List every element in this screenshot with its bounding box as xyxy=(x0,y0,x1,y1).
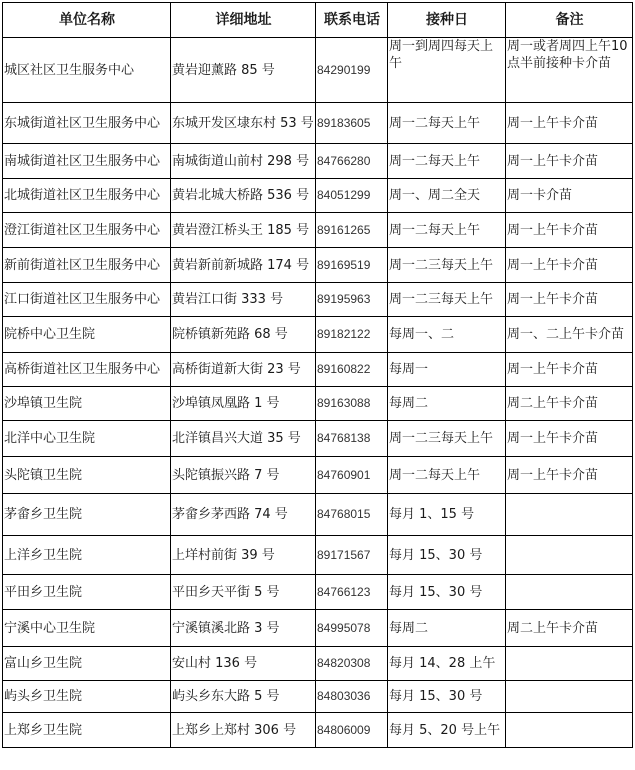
cell-phone: 84820308 xyxy=(316,647,388,681)
cell-notes: 周一卡介苗 xyxy=(506,179,633,213)
cell-notes: 周一上午卡介苗 xyxy=(506,144,633,179)
cell-vaccination-day: 周一二三每天上午 xyxy=(388,421,506,457)
cell-notes: 周一上午卡介苗 xyxy=(506,421,633,457)
cell-phone: 84768138 xyxy=(316,421,388,457)
table-row: 高桥街道社区卫生服务中心高桥街道新大街 23 号89160822每周一周一上午卡… xyxy=(3,353,633,387)
cell-vaccination-day: 周一二三每天上午 xyxy=(388,283,506,317)
cell-address: 上郑乡上郑村 306 号 xyxy=(171,713,316,748)
cell-unit-name: 北洋中心卫生院 xyxy=(3,421,171,457)
table-row: 澄江街道社区卫生服务中心黄岩澄江桥头王 185 号89161265周一二每天上午… xyxy=(3,213,633,248)
cell-notes: 周一上午卡介苗 xyxy=(506,248,633,283)
cell-vaccination-day: 周一二三每天上午 xyxy=(388,248,506,283)
cell-notes xyxy=(506,647,633,681)
cell-unit-name: 东城街道社区卫生服务中心 xyxy=(3,103,171,144)
table-row: 北洋中心卫生院北洋镇昌兴大道 35 号84768138周一二三每天上午周一上午卡… xyxy=(3,421,633,457)
cell-vaccination-day: 每月 5、20 号上午 xyxy=(388,713,506,748)
cell-notes: 周一上午卡介苗 xyxy=(506,353,633,387)
cell-vaccination-day: 每周二 xyxy=(388,610,506,647)
cell-phone: 84760901 xyxy=(316,457,388,494)
table-row: 城区社区卫生服务中心黄岩迎薰路 85 号84290199周一到周四每天上午周一或… xyxy=(3,38,633,103)
cell-phone: 84803036 xyxy=(316,681,388,713)
cell-phone: 89163088 xyxy=(316,387,388,421)
table-row: 富山乡卫生院安山村 136 号84820308每月 14、28 上午 xyxy=(3,647,633,681)
cell-phone: 89171567 xyxy=(316,536,388,575)
table-row: 宁溪中心卫生院宁溪镇溪北路 3 号84995078每周二周二上午卡介苗 xyxy=(3,610,633,647)
cell-vaccination-day: 每月 1、15 号 xyxy=(388,494,506,536)
cell-address: 茅畲乡茅西路 74 号 xyxy=(171,494,316,536)
cell-phone: 89160822 xyxy=(316,353,388,387)
cell-phone: 89182122 xyxy=(316,317,388,353)
cell-unit-name: 茅畲乡卫生院 xyxy=(3,494,171,536)
table-row: 平田乡卫生院平田乡天平街 5 号84766123每月 15、30 号 xyxy=(3,575,633,610)
cell-vaccination-day: 每周二 xyxy=(388,387,506,421)
header-notes: 备注 xyxy=(506,3,633,38)
cell-notes xyxy=(506,713,633,748)
cell-phone: 84806009 xyxy=(316,713,388,748)
cell-address: 安山村 136 号 xyxy=(171,647,316,681)
cell-address: 黄岩江口街 333 号 xyxy=(171,283,316,317)
cell-unit-name: 沙埠镇卫生院 xyxy=(3,387,171,421)
cell-vaccination-day: 周一二每天上午 xyxy=(388,103,506,144)
vaccination-sites-table: 单位名称 详细地址 联系电话 接种日 备注 城区社区卫生服务中心黄岩迎薰路 85… xyxy=(2,2,633,748)
cell-address: 上垟村前街 39 号 xyxy=(171,536,316,575)
header-unit-name: 单位名称 xyxy=(3,3,171,38)
cell-address: 平田乡天平街 5 号 xyxy=(171,575,316,610)
cell-unit-name: 北城街道社区卫生服务中心 xyxy=(3,179,171,213)
table-row: 东城街道社区卫生服务中心东城开发区埭东村 53 号89183605周一二每天上午… xyxy=(3,103,633,144)
table-row: 院桥中心卫生院院桥镇新苑路 68 号89182122每周一、二周一、二上午卡介苗 xyxy=(3,317,633,353)
cell-notes: 周一上午卡介苗 xyxy=(506,213,633,248)
cell-vaccination-day: 每月 14、28 上午 xyxy=(388,647,506,681)
cell-vaccination-day: 周一二每天上午 xyxy=(388,213,506,248)
cell-unit-name: 上郑乡卫生院 xyxy=(3,713,171,748)
cell-unit-name: 澄江街道社区卫生服务中心 xyxy=(3,213,171,248)
cell-unit-name: 南城街道社区卫生服务中心 xyxy=(3,144,171,179)
cell-address: 黄岩澄江桥头王 185 号 xyxy=(171,213,316,248)
cell-unit-name: 新前街道社区卫生服务中心 xyxy=(3,248,171,283)
table-row: 上洋乡卫生院上垟村前街 39 号89171567每月 15、30 号 xyxy=(3,536,633,575)
cell-notes: 周一上午卡介苗 xyxy=(506,103,633,144)
table-row: 上郑乡卫生院上郑乡上郑村 306 号84806009每月 5、20 号上午 xyxy=(3,713,633,748)
cell-address: 头陀镇振兴路 7 号 xyxy=(171,457,316,494)
cell-phone: 84766280 xyxy=(316,144,388,179)
table-row: 北城街道社区卫生服务中心黄岩北城大桥路 536 号84051299周一、周二全天… xyxy=(3,179,633,213)
header-row: 单位名称 详细地址 联系电话 接种日 备注 xyxy=(3,3,633,38)
cell-address: 北洋镇昌兴大道 35 号 xyxy=(171,421,316,457)
table-row: 头陀镇卫生院头陀镇振兴路 7 号84760901周一二每天上午周一上午卡介苗 xyxy=(3,457,633,494)
cell-unit-name: 富山乡卫生院 xyxy=(3,647,171,681)
cell-phone: 89183605 xyxy=(316,103,388,144)
cell-address: 院桥镇新苑路 68 号 xyxy=(171,317,316,353)
cell-phone: 84051299 xyxy=(316,179,388,213)
cell-unit-name: 院桥中心卫生院 xyxy=(3,317,171,353)
cell-unit-name: 头陀镇卫生院 xyxy=(3,457,171,494)
cell-vaccination-day: 每周一 xyxy=(388,353,506,387)
cell-address: 高桥街道新大街 23 号 xyxy=(171,353,316,387)
cell-address: 黄岩迎薰路 85 号 xyxy=(171,38,316,103)
cell-phone: 84290199 xyxy=(316,38,388,103)
header-address: 详细地址 xyxy=(171,3,316,38)
table-row: 江口街道社区卫生服务中心黄岩江口街 333 号89195963周一二三每天上午周… xyxy=(3,283,633,317)
cell-notes: 周二上午卡介苗 xyxy=(506,387,633,421)
cell-unit-name: 高桥街道社区卫生服务中心 xyxy=(3,353,171,387)
header-phone: 联系电话 xyxy=(316,3,388,38)
cell-vaccination-day: 周一二每天上午 xyxy=(388,144,506,179)
cell-address: 黄岩新前新城路 174 号 xyxy=(171,248,316,283)
cell-unit-name: 平田乡卫生院 xyxy=(3,575,171,610)
cell-phone: 84995078 xyxy=(316,610,388,647)
cell-notes xyxy=(506,494,633,536)
cell-address: 东城开发区埭东村 53 号 xyxy=(171,103,316,144)
cell-notes: 周一、二上午卡介苗 xyxy=(506,317,633,353)
cell-notes xyxy=(506,575,633,610)
cell-vaccination-day: 周一、周二全天 xyxy=(388,179,506,213)
table-row: 屿头乡卫生院屿头乡东大路 5 号84803036每月 15、30 号 xyxy=(3,681,633,713)
cell-address: 黄岩北城大桥路 536 号 xyxy=(171,179,316,213)
cell-address: 宁溪镇溪北路 3 号 xyxy=(171,610,316,647)
cell-notes xyxy=(506,681,633,713)
cell-unit-name: 屿头乡卫生院 xyxy=(3,681,171,713)
header-vaccination-day: 接种日 xyxy=(388,3,506,38)
cell-notes: 周一或者周四上午10 点半前接种卡介苗 xyxy=(506,38,633,103)
table-row: 茅畲乡卫生院茅畲乡茅西路 74 号84768015每月 1、15 号 xyxy=(3,494,633,536)
cell-vaccination-day: 每月 15、30 号 xyxy=(388,575,506,610)
cell-unit-name: 城区社区卫生服务中心 xyxy=(3,38,171,103)
cell-vaccination-day: 周一二每天上午 xyxy=(388,457,506,494)
cell-notes: 周一上午卡介苗 xyxy=(506,457,633,494)
cell-notes xyxy=(506,536,633,575)
table-row: 南城街道社区卫生服务中心南城街道山前村 298 号84766280周一二每天上午… xyxy=(3,144,633,179)
cell-unit-name: 江口街道社区卫生服务中心 xyxy=(3,283,171,317)
cell-unit-name: 宁溪中心卫生院 xyxy=(3,610,171,647)
cell-address: 屿头乡东大路 5 号 xyxy=(171,681,316,713)
cell-unit-name: 上洋乡卫生院 xyxy=(3,536,171,575)
cell-address: 南城街道山前村 298 号 xyxy=(171,144,316,179)
cell-phone: 89169519 xyxy=(316,248,388,283)
cell-vaccination-day: 每周一、二 xyxy=(388,317,506,353)
cell-phone: 84768015 xyxy=(316,494,388,536)
cell-notes: 周二上午卡介苗 xyxy=(506,610,633,647)
cell-phone: 84766123 xyxy=(316,575,388,610)
cell-vaccination-day: 每月 15、30 号 xyxy=(388,536,506,575)
cell-phone: 89195963 xyxy=(316,283,388,317)
cell-vaccination-day: 每月 15、30 号 xyxy=(388,681,506,713)
cell-address: 沙埠镇凤凰路 1 号 xyxy=(171,387,316,421)
cell-notes: 周一上午卡介苗 xyxy=(506,283,633,317)
table-row: 新前街道社区卫生服务中心黄岩新前新城路 174 号89169519周一二三每天上… xyxy=(3,248,633,283)
table-row: 沙埠镇卫生院沙埠镇凤凰路 1 号89163088每周二周二上午卡介苗 xyxy=(3,387,633,421)
cell-vaccination-day: 周一到周四每天上午 xyxy=(388,38,506,103)
cell-phone: 89161265 xyxy=(316,213,388,248)
